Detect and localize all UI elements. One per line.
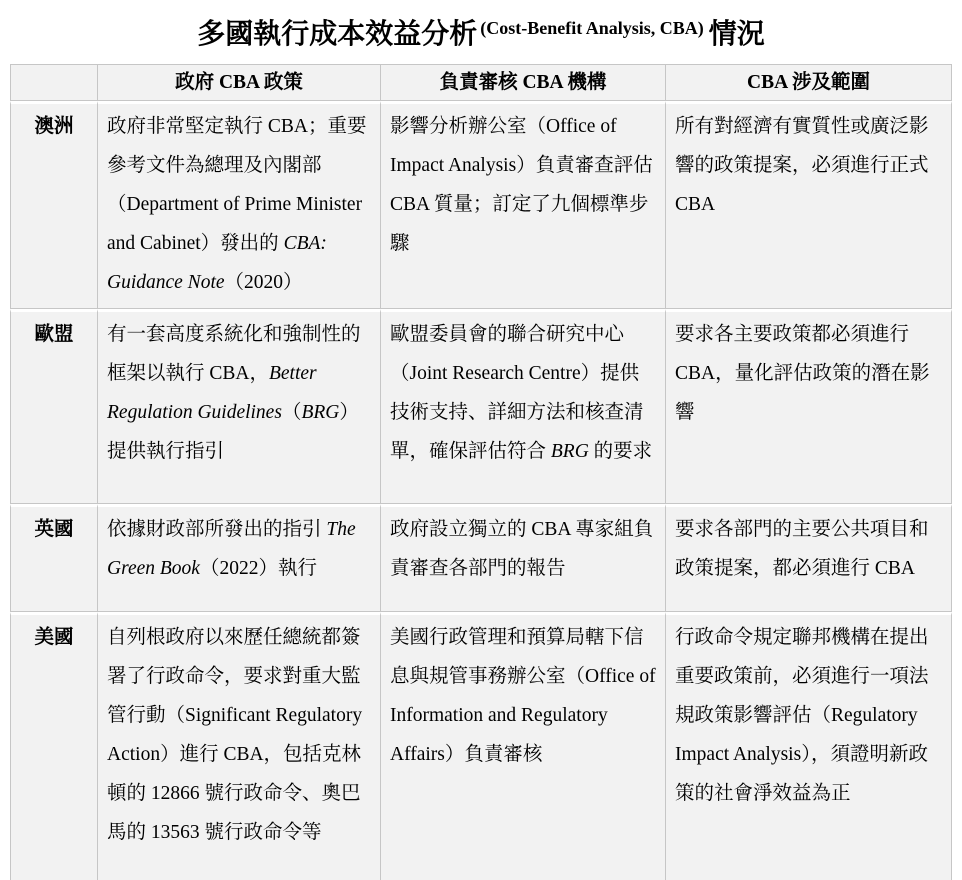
scope-cell: 行政命令規定聯邦機構在提出重要政策前，必須進行一項法規政策影響評估（Regula… [666,612,952,880]
table-body: 澳洲政府非常堅定執行 CBA；重要參考文件為總理及內閣部（Department … [10,101,952,880]
cell-text: 有一套高度系統化和強制性的框架以執行 CBA， [107,324,361,384]
reviewer-cell: 政府設立獨立的 CBA 專家組負責審查各部門的報告 [381,504,666,612]
header-row: 政府 CBA 政策 負責審核 CBA 機構 CBA 涉及範圍 [10,64,952,101]
italic-title-text: BRG [551,441,589,462]
cell-text: 要求各主要政策都必須進行 CBA，量化評估政策的潛在影響 [675,324,930,423]
scope-cell: 要求各部門的主要公共項目和政策提案，都必須進行 CBA [666,504,952,612]
cell-text: 政府設立獨立的 CBA 專家組負責審查各部門的報告 [390,519,653,579]
cell-text: 美國行政管理和預算局轄下信息與規管事務辦公室（Office of Informa… [390,627,656,765]
country-cell: 歐盟 [10,309,98,504]
cell-text: （2022）執行 [200,558,317,579]
table-row: 歐盟有一套高度系統化和強制性的框架以執行 CBA，Better Regulati… [10,309,952,504]
table-header: 政府 CBA 政策 負責審核 CBA 機構 CBA 涉及範圍 [10,64,952,101]
title-chinese-tail: 情況 [709,19,765,50]
cell-text: 行政命令規定聯邦機構在提出重要政策前，必須進行一項法規政策影響評估（Regula… [675,627,929,804]
cell-text: （2020） [225,272,303,293]
title-english-note: (Cost-Benefit Analysis, CBA) [480,18,704,38]
cell-text: 的要求 [589,441,652,462]
country-cell: 美國 [10,612,98,880]
scope-cell: 所有對經濟有實質性或廣泛影響的政策提案，必須進行正式 CBA [666,101,952,309]
cba-comparison-table: 政府 CBA 政策 負責審核 CBA 機構 CBA 涉及範圍 澳洲政府非常堅定執… [10,64,952,880]
cell-text: 所有對經濟有實質性或廣泛影響的政策提案，必須進行正式 CBA [675,116,929,215]
header-policy: 政府 CBA 政策 [98,64,381,101]
header-country [10,64,98,101]
cell-text: 影響分析辦公室（Office of Impact Analysis）負責審查評估… [390,116,653,254]
reviewer-cell: 影響分析辦公室（Office of Impact Analysis）負責審查評估… [381,101,666,309]
cell-text: （ [282,402,302,423]
cell-text: 依據財政部所發出的指引 [107,519,326,540]
cell-text: 自列根政府以來歷任總統都簽署了行政命令，要求對重大監管行動（Significan… [107,627,362,843]
cell-text: 要求各部門的主要公共項目和政策提案，都必須進行 CBA [675,519,929,579]
policy-cell: 政府非常堅定執行 CBA；重要參考文件為總理及內閣部（Department of… [98,101,381,309]
reviewer-cell: 歐盟委員會的聯合研究中心（Joint Research Centre）提供技術支… [381,309,666,504]
reviewer-cell: 美國行政管理和預算局轄下信息與規管事務辦公室（Office of Informa… [381,612,666,880]
cell-text: 政府非常堅定執行 CBA；重要參考文件為總理及內閣部（Department of… [107,116,366,254]
header-reviewer: 負責審核 CBA 機構 [381,64,666,101]
italic-title-text: BRG [301,402,339,423]
scope-cell: 要求各主要政策都必須進行 CBA，量化評估政策的潛在影響 [666,309,952,504]
table-row: 澳洲政府非常堅定執行 CBA；重要參考文件為總理及內閣部（Department … [10,101,952,309]
header-scope: CBA 涉及範圍 [666,64,952,101]
policy-cell: 依據財政部所發出的指引 The Green Book（2022）執行 [98,504,381,612]
title-chinese-main: 多國執行成本效益分析 [197,19,477,50]
document-page: 多國執行成本效益分析(Cost-Benefit Analysis, CBA)情況… [0,0,962,880]
policy-cell: 有一套高度系統化和強制性的框架以執行 CBA，Better Regulation… [98,309,381,504]
country-cell: 澳洲 [10,101,98,309]
page-title: 多國執行成本效益分析(Cost-Benefit Analysis, CBA)情況 [0,10,962,53]
policy-cell: 自列根政府以來歷任總統都簽署了行政命令，要求對重大監管行動（Significan… [98,612,381,880]
table-row: 美國自列根政府以來歷任總統都簽署了行政命令，要求對重大監管行動（Signific… [10,612,952,880]
table-row: 英國依據財政部所發出的指引 The Green Book（2022）執行政府設立… [10,504,952,612]
country-cell: 英國 [10,504,98,612]
